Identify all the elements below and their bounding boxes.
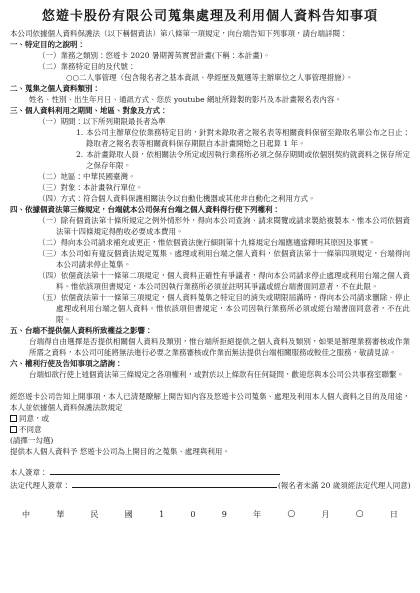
item-label: （二） [38,238,61,247]
intro-text: 本公司依據個人資料保護法（以下稱個資法）第八條第一項規定，向台端告知下列事項，請… [10,28,410,39]
item-text: 期間：以下所列期限最長者為準 [61,117,166,126]
section-4-number: 四、 [10,204,25,215]
section-6-body: 台端如欲行使上述個資法第三條規定之各項權利，或對於以上條款有任何疑問，歡迎您與本… [10,369,410,380]
agree-option-row: 同意，或 [10,413,410,424]
person-signature-field[interactable] [50,467,280,475]
section-6-heading: 六、權利行使及告知事項之諮詢： [10,358,410,369]
agree-checkbox[interactable] [10,415,17,422]
item-label: （五） [38,293,61,302]
month-label: 月 [322,509,330,520]
item-text: 業務特定目的及代號： [61,62,136,71]
item-text: 方式：符合個人資料保護相關法令以自動化機器或其他非自動化之利用方式。 [61,194,316,203]
item-text: 除有個資法第十條所規定之例外情形外，得向本公司查詢、請求閱覽或請求製給複製本，惟… [56,216,410,236]
disagree-label: 不同意 [19,425,42,434]
section-1-code-line: ○○二人事管理（包含報名者之基本資訊、學經歷及甄選等主辦單位之人事管理措施）。 [10,72,410,83]
item-text: 依個資法第十一條第三項規定，個人資料蒐集之特定目的消失或期限屆滿時，得向本公司請… [56,293,410,324]
item-label: （三） [38,183,61,192]
person-signature-label: 本人簽章： [10,468,48,477]
section-1-item-2: （二）業務特定目的及代號： [10,61,410,72]
section-3-item-4: （四）方式：符合個人資料保護相關法令以自動化機器或其他非自動化之利用方式。 [10,193,410,204]
guardian-signature-field[interactable] [72,480,277,488]
consent-statement: 經悠遊卡公司告知上開事項，本人已清楚瞭解上開告知內容及悠遊卡公司蒐集、處理及利用… [10,391,410,413]
item-text: 依個資法第十一條第二項規定，個人資料正確性有爭議者，得向本公司請求停止處理或利用… [56,271,410,291]
day-label: 日 [390,509,398,520]
section-4-item-2: （二）得向本公司請求補充或更正，惟依個資法施行細則第十九條規定台端應適當釋明其原… [10,237,410,248]
section-1-number: 一、 [10,39,25,50]
consent-form-document: 悠遊卡股份有限公司蒐集處理及利用個人資料告知事項 本公司依據個人資料保護法（以下… [0,0,420,593]
section-4-item-5: （五）依個資法第十一條第三項規定，個人資料蒐集之特定目的消失或期限屆滿時，得向本… [10,292,410,325]
section-5: 五、台端不提供個人資料所致權益之影響： 台端得自由選擇是否提供相關個人資料及類別… [10,325,410,358]
guardian-signature-label: 法定代理人簽章： [10,481,70,490]
section-2-title: 蒐集之個人資料類別： [25,84,100,93]
item-text: 地區：中華民國臺灣。 [61,172,136,181]
date-char: 民 [91,509,99,520]
section-4-item-4: （四）依個資法第十一條第二項規定，個人資料正確性有爭議者，得向本公司請求停止處理… [10,270,410,292]
section-1-item-1: （一）業務之類別：悠遊卡 2020 暑期菁英實習計畫(下稱：本計畫)。 [10,50,410,61]
agree-label: 同意，或 [19,414,49,423]
item-text: 本公司如有違反個資法規定蒐集、處理或利用台端之個人資料，依個資法第十一條第四項規… [56,249,410,269]
item-label: （四） [38,271,61,280]
section-3-numbered-1: 1.本公司主辦單位依業務特定目的，針對未錄取者之報名表等相關資料保留至錄取名單公… [10,127,410,149]
section-2-number: 二、 [10,83,25,94]
section-5-title: 台端不提供個人資料所致權益之影響： [25,326,153,335]
section-3: 三、個人資料利用之期間、地區、對象及方式： （一）期間：以下所列期限最長者為準 … [10,105,410,204]
section-5-number: 五、 [10,325,25,336]
section-6-number: 六、 [10,358,25,369]
person-signature-row: 本人簽章： [10,466,410,479]
provide-line: 提供本人個人資料予 悠遊卡公司為上開目的之蒐集、處理與利用。 [10,446,410,457]
section-6-title: 權利行使及告知事項之諮詢： [25,359,123,368]
section-5-heading: 五、台端不提供個人資料所致權益之影響： [10,325,410,336]
item-label: （四） [38,194,61,203]
item-text: 業務之類別：悠遊卡 2020 暑期菁英實習計畫(下稱：本計畫)。 [61,51,271,60]
roc-date-line: 中 華 民 國 1 0 9 年 ○ 月 ○ 日 [10,509,410,520]
month-blank-circle[interactable]: ○ [287,509,295,520]
item-label: （一） [38,216,61,225]
section-3-item-2: （二）地區：中華民國臺灣。 [10,171,410,182]
year-digit: 1 [159,509,164,520]
guardian-signature-row: 法定代理人簽章：(報名者未滿 20 歲須經法定代理人同意) [10,479,410,492]
section-1: 一、特定目的之說明： （一）業務之類別：悠遊卡 2020 暑期菁英實習計畫(下稱… [10,39,410,83]
section-4-item-1: （一）除有個資法第十條所規定之例外情形外，得向本公司查詢、請求閱覽或請求製給複製… [10,215,410,237]
disagree-checkbox[interactable] [10,426,17,433]
section-1-title: 特定目的之說明： [25,40,85,49]
section-4-heading: 四、依據個資法第三條規定，台端就本公司保有台端之個人資料得行使下列權利： [10,204,410,215]
item-text: 得向本公司請求補充或更正，惟依個資法施行細則第十九條規定台端應適當釋明其原因及事… [61,238,376,247]
page-title: 悠遊卡股份有限公司蒐集處理及利用個人資料告知事項 [10,8,410,25]
section-3-item-3: （三）對象：本計畫執行單位。 [10,182,410,193]
section-2-body: 姓名、性別、出生年月日、通訊方式、您於 youtube 網址所錄製的影片及本計畫… [10,94,410,105]
num-text: 本計畫錄取人員，依相關法令所定或因執行業務所必須之保存期間或依個別契約就資料之保… [86,150,410,170]
section-3-heading: 三、個人資料利用之期間、地區、對象及方式： [10,105,410,116]
year-digit: 0 [190,509,195,520]
num-label: 2. [76,150,83,159]
date-char: 中 [22,509,30,520]
section-3-item-1: （一）期間：以下所列期限最長者為準 [10,116,410,127]
section-4-item-3: （三）本公司如有違反個資法規定蒐集、處理或利用台端之個人資料，依個資法第十一條第… [10,248,410,270]
year-digit: 9 [222,509,227,520]
section-4-title: 依據個資法第三條規定，台端就本公司保有台端之個人資料得行使下列權利： [25,205,280,214]
section-5-body: 台端得自由選擇是否提供相關個人資料及類別，惟台端所拒絕提供之個人資料及類別，如果… [10,336,410,358]
date-char: 國 [125,509,133,520]
num-text: 本公司主辦單位依業務特定目的，針對未錄取者之報名表等相關資料保留至錄取名單公布之… [86,128,410,148]
date-char: 華 [56,509,64,520]
item-label: （三） [38,249,61,258]
section-2-heading: 二、蒐集之個人資料類別： [10,83,410,94]
item-text: 對象：本計畫執行單位。 [61,183,144,192]
section-1-heading: 一、特定目的之說明： [10,39,410,50]
section-4: 四、依據個資法第三條規定，台端就本公司保有台端之個人資料得行使下列權利： （一）… [10,204,410,325]
section-3-number: 三、 [10,105,25,116]
item-label: （一） [38,51,61,60]
section-2: 二、蒐集之個人資料類別： 姓名、性別、出生年月日、通訊方式、您於 youtube… [10,83,410,105]
section-6: 六、權利行使及告知事項之諮詢： 台端如欲行使上述個資法第三條規定之各項權利，或對… [10,358,410,380]
day-blank-circle[interactable]: ○ [356,509,364,520]
disagree-option-row: 不同意 [10,424,410,435]
item-label: （一） [38,117,61,126]
item-label: （二） [38,172,61,181]
num-label: 1. [76,128,83,137]
pick-one-note: (請擇一勾選) [10,435,410,446]
signature-block: 本人簽章： 法定代理人簽章：(報名者未滿 20 歲須經法定代理人同意) [10,466,410,492]
item-label: （二） [38,62,61,71]
year-label: 年 [253,509,261,520]
section-3-title: 個人資料利用之期間、地區、對象及方式： [25,106,168,115]
guardian-note: (報名者未滿 20 歲須經法定代理人同意) [278,481,411,490]
section-3-numbered-2: 2.本計畫錄取人員，依相關法令所定或因執行業務所必須之保存期間或依個別契約就資料… [10,149,410,171]
